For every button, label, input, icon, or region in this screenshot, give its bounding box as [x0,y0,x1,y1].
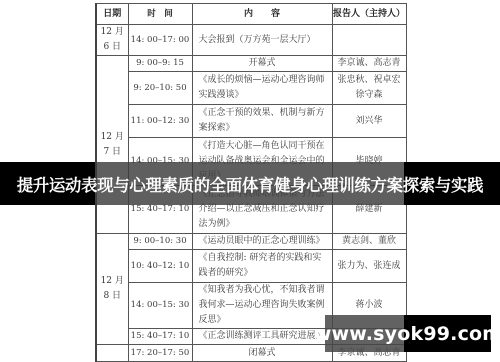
header-content: 内 容 [192,4,332,25]
speaker-cell: 刘兴华 [332,105,406,138]
content-cell: 《知我者为我心忧，不知我者谓我何求—运动心理咨询失败案例反思》 [192,283,332,329]
time-cell: 10: 40–12: 10 [128,250,192,283]
content-cell: 开幕式 [192,56,332,72]
date-cell: 12 月 7 日 [96,56,128,234]
content-cell: 《正念干预的效果、机制与新方案探索》 [192,105,332,138]
header-row: 日期 时 间 内 容 报告人（主持人） [96,4,406,25]
speaker-cell: 张忠秋、祝卓宏 徐守森 [332,72,406,105]
date-month: 12 月 [97,25,128,40]
time-cell: 14: 00–15: 30 [128,283,192,329]
date-month: 12 月 [97,130,128,145]
table-row: 10: 40–12: 10 《自我控制: 研究者的实践和实践者的研究》 张力为、… [96,250,406,283]
speaker-cell [332,25,406,56]
speaker-cell: 黄志剑、董欣 [332,234,406,250]
date-day: 7 日 [97,145,128,160]
content-cell: 闭幕式 [192,345,332,362]
table-row: 11: 00–12: 30 《正念干预的效果、机制与新方案探索》 刘兴华 [96,105,406,138]
time-cell: 9: 00–9: 15 [128,56,192,72]
header-date: 日期 [96,4,128,25]
date-month: 12 月 [97,274,128,289]
title-banner: 提升运动表现与心理素质的全面体育健身心理训练方案探索与实践 [0,162,500,205]
header-speaker: 报告人（主持人） [332,4,406,25]
date-day: 8 日 [97,289,128,304]
table-row: 12 月 8 日 9: 00–10: 30 《运动员眼中的正念心理训练》 黄志剑… [96,234,406,250]
time-cell: 17: 20–17: 50 [128,345,192,362]
time-cell: 9: 20–10: 50 [128,72,192,105]
date-cell: 12 月 8 日 [96,234,128,345]
content-cell: 《成长的烦恼—运动心理咨询师实践漫谈》 [192,72,332,105]
time-cell: 9: 00–10: 30 [128,234,192,250]
table-row: 12 月 6 日 14: 00–17: 00 大会报到（万方苑一层大厅） [96,25,406,56]
watermark-box: www.syok99.com [325,315,491,352]
date-cell [96,345,128,362]
banner-title: 提升运动表现与心理素质的全面体育健身心理训练方案探索与实践 [17,172,483,196]
date-cell: 12 月 6 日 [96,25,128,56]
content-cell: 《自我控制: 研究者的实践和实践者的研究》 [192,250,332,283]
watermark-url: www.syok99.com [314,323,500,345]
table-row: 9: 20–10: 50 《成长的烦恼—运动心理咨询师实践漫谈》 张忠秋、祝卓宏… [96,72,406,105]
header-time: 时 间 [128,4,192,25]
date-day: 6 日 [97,40,128,55]
content-cell: 大会报到（万方苑一层大厅） [192,25,332,56]
time-cell: 15: 40–17: 10 [128,329,192,345]
speaker-cell: 李京诚、高志青 [332,56,406,72]
table-row: 12 月 7 日 9: 00–9: 15 开幕式 李京诚、高志青 [96,56,406,72]
content-cell: 《运动员眼中的正念心理训练》 [192,234,332,250]
content-cell: 《正念训练测评工具研究进展》 [192,329,332,345]
time-cell: 11: 00–12: 30 [128,105,192,138]
time-cell: 14: 00–17: 00 [128,25,192,56]
speaker-cell: 张力为、张连成 [332,250,406,283]
